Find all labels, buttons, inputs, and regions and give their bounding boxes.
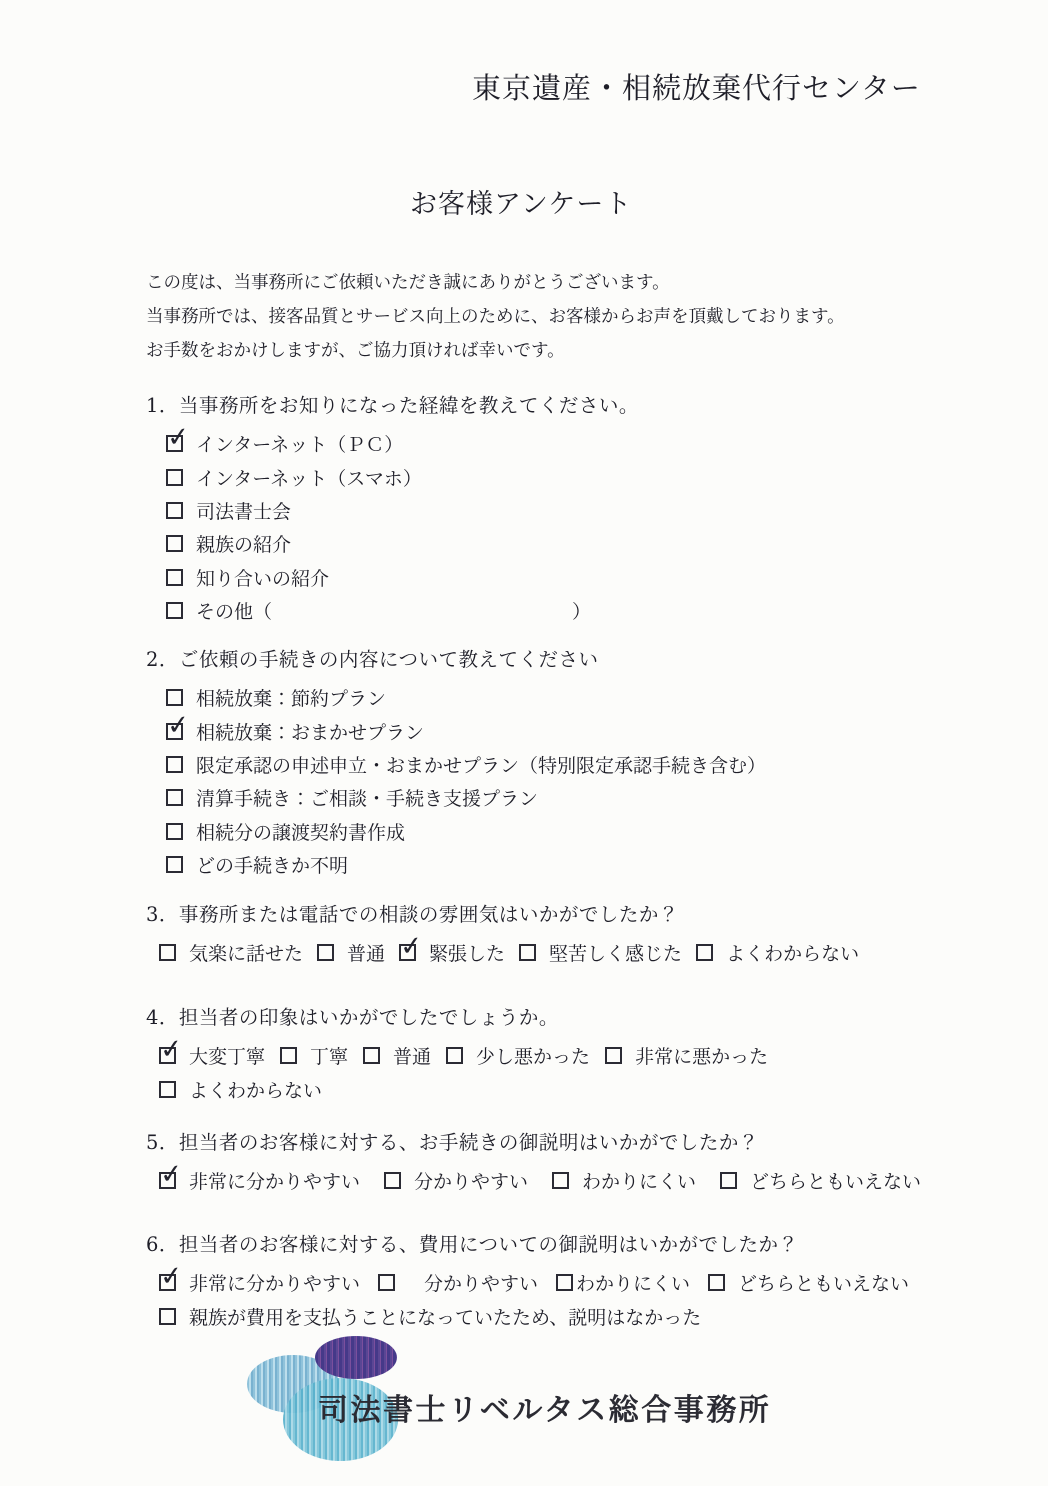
option-label: 緊張した xyxy=(429,939,505,966)
survey-option: 普通 xyxy=(317,939,385,966)
option-label: どの手続きか不明 xyxy=(196,851,348,878)
survey-option: どちらともいえない xyxy=(708,1269,909,1296)
checkbox-unchecked-icon xyxy=(552,1172,569,1189)
question-3: 3．事務所または電話での相談の雰囲気はいかがでしたか？ 気楽に話せた普通✓緊張し… xyxy=(146,901,873,969)
checkbox-unchecked-icon xyxy=(166,856,183,873)
check-mark-icon: ✓ xyxy=(159,1262,183,1291)
checkbox-unchecked-icon xyxy=(605,1047,622,1064)
logo-ellipse-indigo-icon xyxy=(315,1336,397,1379)
option-label: 相続放棄：おまかせプラン xyxy=(196,718,424,745)
option-label: インターネット（スマホ） xyxy=(196,464,422,491)
survey-option: 司法書士会 xyxy=(166,497,291,524)
checkbox-unchecked-icon xyxy=(166,823,183,840)
option-label: 非常に悪かった xyxy=(635,1042,768,1069)
checkbox-unchecked-icon xyxy=(166,502,183,519)
check-mark-icon: ✓ xyxy=(166,711,190,740)
write-in-blank xyxy=(272,610,572,611)
checkbox-unchecked-icon xyxy=(166,689,183,706)
option-label-suffix: ） xyxy=(572,597,591,624)
option-label: インターネット（ＰＣ） xyxy=(196,430,403,457)
survey-option: よくわからない xyxy=(159,1076,322,1103)
option-label: 司法書士会 xyxy=(196,497,291,524)
survey-option: 少し悪かった xyxy=(446,1042,590,1069)
option-row: ✓非常に分かりやすい分かりやすいわかりにくいどちらともいえない xyxy=(159,1266,927,1299)
question-6: 6．担当者のお客様に対する、費用についての御説明はいかがでしたか？ ✓非常に分か… xyxy=(146,1231,927,1333)
question-title: 1．当事務所をお知りになった経緯を教えてください。 xyxy=(146,392,639,419)
checkbox-unchecked-icon xyxy=(166,756,183,773)
page-title: お客様アンケート xyxy=(410,182,632,221)
option-list: 相続放棄：節約プラン✓相続放棄：おまかせプラン限定承認の申述申立・おまかせプラン… xyxy=(146,681,766,881)
option-label: 非常に分かりやすい xyxy=(189,1167,360,1194)
survey-option: 相続分の譲渡契約書作成 xyxy=(166,818,405,845)
checkbox-checked-icon: ✓ xyxy=(159,1047,176,1064)
option-row: 相続放棄：節約プラン xyxy=(166,681,766,714)
checkbox-checked-icon: ✓ xyxy=(399,944,416,961)
intro-line: 当事務所では、接客品質とサービス向上のために、お客様からお声を頂戴しております。 xyxy=(146,300,845,334)
question-title: 5．担当者のお客様に対する、お手続きの御説明はいかがでしたか？ xyxy=(146,1129,945,1156)
option-list: ✓非常に分かりやすい分かりやすいわかりにくいどちらともいえない親族が費用を支払う… xyxy=(146,1266,927,1333)
question-title: 6．担当者のお客様に対する、費用についての御説明はいかがでしたか？ xyxy=(146,1231,927,1258)
question-2: 2．ご依頼の手続きの内容について教えてください 相続放棄：節約プラン✓相続放棄：… xyxy=(146,646,766,881)
option-label: 相続放棄：節約プラン xyxy=(196,684,386,711)
checkbox-unchecked-icon xyxy=(384,1172,401,1189)
option-label: わかりにくい xyxy=(582,1167,696,1194)
option-label: 分かりやすい xyxy=(414,1167,528,1194)
survey-option: その他（） xyxy=(166,597,591,624)
option-row: 清算手続き：ご相談・手続き支援プラン xyxy=(166,781,766,814)
option-label: 普通 xyxy=(347,939,385,966)
checkbox-unchecked-icon xyxy=(708,1274,725,1291)
checkbox-unchecked-icon xyxy=(166,789,183,806)
survey-option: 清算手続き：ご相談・手続き支援プラン xyxy=(166,784,538,811)
option-label: 普通 xyxy=(393,1042,431,1069)
survey-option: 堅苦しく感じた xyxy=(519,939,682,966)
option-row: 相続分の譲渡契約書作成 xyxy=(166,815,766,848)
survey-option: わかりにくい xyxy=(552,1167,696,1194)
check-mark-icon: ✓ xyxy=(399,932,423,961)
organization-name: 東京遺産・相続放棄代行センター xyxy=(472,66,921,107)
option-label: よくわからない xyxy=(726,939,859,966)
option-label: 非常に分かりやすい xyxy=(189,1269,360,1296)
option-label: 限定承認の申述申立・おまかせプラン（特別限定承認手続き含む） xyxy=(196,751,766,778)
survey-option: インターネット（スマホ） xyxy=(166,464,422,491)
checkbox-unchecked-icon xyxy=(446,1047,463,1064)
survey-option: 非常に悪かった xyxy=(605,1042,768,1069)
option-row: 限定承認の申述申立・おまかせプラン（特別限定承認手続き含む） xyxy=(166,748,766,781)
intro-line: お手数をおかけしますが、ご協力頂ければ幸いです。 xyxy=(146,334,845,368)
option-row: ✓大変丁寧丁寧普通少し悪かった非常に悪かった xyxy=(159,1039,783,1072)
option-label: 気楽に話せた xyxy=(189,939,303,966)
option-label: 親族が費用を支払うことになっていたため、説明はなかった xyxy=(189,1303,701,1330)
checkbox-unchecked-icon xyxy=(159,1081,176,1098)
option-list: ✓大変丁寧丁寧普通少し悪かった非常に悪かったよくわからない xyxy=(146,1039,783,1106)
checkbox-unchecked-icon xyxy=(166,569,183,586)
survey-option: 親族の紹介 xyxy=(166,530,291,557)
check-mark-icon: ✓ xyxy=(166,423,190,452)
checkbox-unchecked-icon xyxy=(317,944,334,961)
option-label: どちらともいえない xyxy=(738,1269,909,1296)
checkbox-unchecked-icon xyxy=(720,1172,737,1189)
survey-option: 知り合いの紹介 xyxy=(166,564,329,591)
option-row: 親族の紹介 xyxy=(166,527,639,560)
survey-option: 分かりやすい xyxy=(378,1269,538,1296)
survey-option: 丁寧 xyxy=(280,1042,348,1069)
option-row: よくわからない xyxy=(159,1072,783,1105)
option-label: 相続分の譲渡契約書作成 xyxy=(196,818,405,845)
survey-option: どちらともいえない xyxy=(720,1167,921,1194)
checkbox-checked-icon: ✓ xyxy=(166,723,183,740)
check-mark-icon: ✓ xyxy=(159,1160,183,1189)
question-5: 5．担当者のお客様に対する、お手続きの御説明はいかがでしたか？ ✓非常に分かりや… xyxy=(146,1129,945,1197)
survey-option: ✓非常に分かりやすい xyxy=(159,1167,360,1194)
survey-option: 気楽に話せた xyxy=(159,939,303,966)
office-name: 司法書士リベルタス総合事務所 xyxy=(318,1385,771,1429)
question-4: 4．担当者の印象はいかがでしたでしょうか。 ✓大変丁寧丁寧普通少し悪かった非常に… xyxy=(146,1004,783,1106)
survey-option: 限定承認の申述申立・おまかせプラン（特別限定承認手続き含む） xyxy=(166,751,766,778)
survey-option: 普通 xyxy=(363,1042,431,1069)
checkbox-unchecked-icon xyxy=(159,944,176,961)
checkbox-unchecked-icon xyxy=(696,944,713,961)
intro-line: この度は、当事務所にご依頼いただき誠にありがとうございます。 xyxy=(146,266,845,300)
option-list: ✓インターネット（ＰＣ）インターネット（スマホ）司法書士会親族の紹介知り合いの紹… xyxy=(146,427,639,627)
survey-option: どの手続きか不明 xyxy=(166,851,348,878)
checkbox-unchecked-icon xyxy=(519,944,536,961)
checkbox-unchecked-icon xyxy=(363,1047,380,1064)
option-label: 堅苦しく感じた xyxy=(549,939,682,966)
survey-option: 親族が費用を支払うことになっていたため、説明はなかった xyxy=(159,1303,701,1330)
office-logo: 司法書士リベルタス総合事務所 xyxy=(240,1328,860,1478)
survey-option: わかりにくい xyxy=(556,1269,690,1296)
option-row: 知り合いの紹介 xyxy=(166,561,639,594)
question-1: 1．当事務所をお知りになった経緯を教えてください。 ✓インターネット（ＰＣ）イン… xyxy=(146,392,639,627)
option-label: 分かりやすい xyxy=(424,1269,538,1296)
survey-option: ✓非常に分かりやすい xyxy=(159,1269,360,1296)
question-title: 4．担当者の印象はいかがでしたでしょうか。 xyxy=(146,1004,783,1031)
option-row: ✓相続放棄：おまかせプラン xyxy=(166,714,766,747)
option-list: ✓非常に分かりやすい分かりやすいわかりにくいどちらともいえない xyxy=(146,1164,945,1197)
survey-option: 分かりやすい xyxy=(384,1167,528,1194)
question-title: 2．ご依頼の手続きの内容について教えてください xyxy=(146,646,766,673)
checkbox-checked-icon: ✓ xyxy=(159,1274,176,1291)
option-label: その他（ xyxy=(196,597,272,624)
check-mark-icon: ✓ xyxy=(159,1035,183,1064)
checkbox-unchecked-icon xyxy=(166,469,183,486)
checkbox-unchecked-icon xyxy=(166,535,183,552)
option-label: よくわからない xyxy=(189,1076,322,1103)
option-label: 丁寧 xyxy=(310,1042,348,1069)
checkbox-checked-icon: ✓ xyxy=(166,435,183,452)
option-list: 気楽に話せた普通✓緊張した堅苦しく感じたよくわからない xyxy=(146,936,873,969)
option-label: わかりにくい xyxy=(576,1269,690,1296)
option-row: どの手続きか不明 xyxy=(166,848,766,881)
intro-paragraph: この度は、当事務所にご依頼いただき誠にありがとうございます。 当事務所では、接客… xyxy=(146,266,845,368)
option-label: 大変丁寧 xyxy=(189,1042,265,1069)
checkbox-unchecked-icon xyxy=(378,1274,395,1291)
option-label: 少し悪かった xyxy=(476,1042,590,1069)
survey-option: ✓インターネット（ＰＣ） xyxy=(166,430,403,457)
survey-option: よくわからない xyxy=(696,939,859,966)
option-label: 清算手続き：ご相談・手続き支援プラン xyxy=(196,784,538,811)
survey-option: ✓緊張した xyxy=(399,939,505,966)
option-row: 司法書士会 xyxy=(166,494,639,527)
option-label: どちらともいえない xyxy=(750,1167,921,1194)
option-row: その他（） xyxy=(166,594,639,627)
survey-option: ✓大変丁寧 xyxy=(159,1042,265,1069)
survey-option: ✓相続放棄：おまかせプラン xyxy=(166,718,424,745)
option-row: インターネット（スマホ） xyxy=(166,460,639,493)
checkbox-unchecked-icon xyxy=(556,1274,573,1291)
checkbox-unchecked-icon xyxy=(280,1047,297,1064)
option-label: 親族の紹介 xyxy=(196,530,291,557)
checkbox-unchecked-icon xyxy=(166,602,183,619)
option-row: ✓非常に分かりやすい分かりやすいわかりにくいどちらともいえない xyxy=(159,1164,945,1197)
option-row: 気楽に話せた普通✓緊張した堅苦しく感じたよくわからない xyxy=(159,936,873,969)
option-label: 知り合いの紹介 xyxy=(196,564,329,591)
scanned-survey-page: 東京遺産・相続放棄代行センター お客様アンケート この度は、当事務所にご依頼いた… xyxy=(0,0,1048,1486)
option-row: ✓インターネット（ＰＣ） xyxy=(166,427,639,460)
question-title: 3．事務所または電話での相談の雰囲気はいかがでしたか？ xyxy=(146,901,873,928)
checkbox-checked-icon: ✓ xyxy=(159,1172,176,1189)
checkbox-unchecked-icon xyxy=(159,1308,176,1325)
survey-option: 相続放棄：節約プラン xyxy=(166,684,386,711)
